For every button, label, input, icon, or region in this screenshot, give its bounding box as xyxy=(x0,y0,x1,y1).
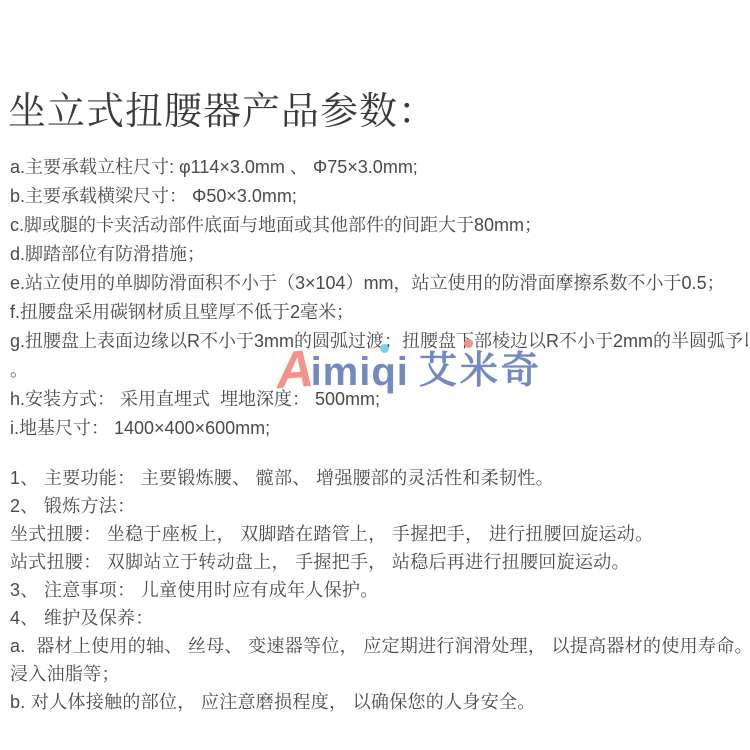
spec-line-g: g.扭腰盘上表面边缘以R不小于3mm的圆弧过渡；扭腰盘下部棱边以R不小于2mm的… xyxy=(10,327,748,356)
spec-line-d: d.脚踏部位有防滑措施； xyxy=(10,240,748,269)
spec-line-f: f.扭腰盘采用碳钢材质且壁厚不低于2毫米； xyxy=(10,298,748,327)
note-line-4: 4、 维护及保养： xyxy=(10,604,748,632)
spec-line-a: a.主要承载立柱尺寸: φ114×3.0mm 、 Φ75×3.0mm; xyxy=(10,153,748,182)
note-line-2: 2、 锻炼方法： xyxy=(10,492,748,520)
page-title: 坐立式扭腰器产品参数： xyxy=(8,80,437,135)
note-line-4a-wrap: 浸入油脂等； xyxy=(10,660,748,688)
spec-line-e: e.站立使用的单脚防滑面积不小于（3×104）mm，站立使用的防滑面摩擦系数不小… xyxy=(10,269,748,298)
notes-list: 1、 主要功能： 主要锻炼腰、 髋部、 增强腰部的灵活性和柔韧性。 2、 锻炼方… xyxy=(10,464,748,716)
spec-line-b: b.主要承载横梁尺寸： Φ50×3.0mm; xyxy=(10,182,748,211)
spec-line-h: h.安装方式： 采用直埋式 埋地深度： 500mm; xyxy=(10,385,748,414)
note-line-3: 3、 注意事项： 儿童使用时应有成年人保护。 xyxy=(10,576,748,604)
product-spec-page: 坐立式扭腰器产品参数： a.主要承载立柱尺寸: φ114×3.0mm 、 Φ75… xyxy=(0,0,750,750)
note-line-stand: 站式扭腰： 双脚站立于转动盘上， 手握把手， 站稳后再进行扭腰回旋运动。 xyxy=(10,548,748,576)
spec-list: a.主要承载立柱尺寸: φ114×3.0mm 、 Φ75×3.0mm; b.主要… xyxy=(10,153,748,443)
spec-line-c: c.脚或腿的卡夹活动部件底面与地面或其他部件的间距大于80mm； xyxy=(10,211,748,240)
note-line-sit: 坐式扭腰： 坐稳于座板上， 双脚踏在踏管上， 手握把手， 进行扭腰回旋运动。 xyxy=(10,520,748,548)
note-line-4b: b. 对人体接触的部位， 应注意磨损程度， 以确保您的人身安全。 xyxy=(10,688,748,716)
spec-line-i: i.地基尺寸： 1400×400×600mm; xyxy=(10,414,748,443)
spec-line-g-wrap: 。 xyxy=(10,356,748,385)
note-line-4a: a. 器材上使用的轴、 丝母、 变速器等位， 应定期进行润滑处理， 以提高器材的… xyxy=(10,632,748,660)
note-line-1: 1、 主要功能： 主要锻炼腰、 髋部、 增强腰部的灵活性和柔韧性。 xyxy=(10,464,748,492)
